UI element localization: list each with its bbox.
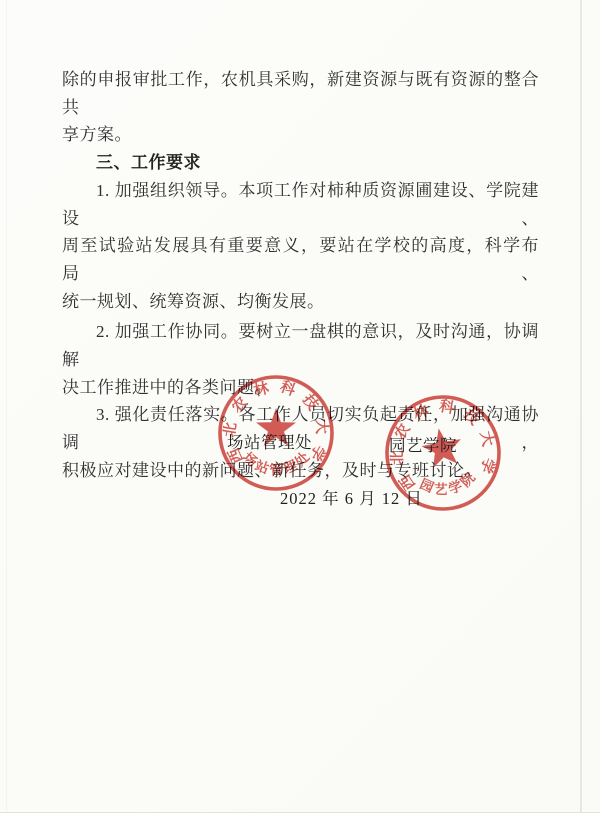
signature-department-1: 场站管理处	[227, 429, 312, 453]
paragraph-1-line-3: 统一规划、统筹资源、均衡发展。	[62, 288, 539, 316]
paragraph-1-line-2: 周至试验站发展具有重要意义，要站在学校的高度，科学布局、	[62, 232, 539, 287]
paragraph-2-line-1: 2. 加强工作协同。要树立一盘棋的意识，及时沟通，协调解	[62, 318, 539, 373]
signature-department-2: 园艺学院	[389, 432, 457, 456]
seal-bottom-text: 园艺学院	[415, 465, 482, 502]
scan-edge-left	[6, 0, 7, 818]
scan-bottom-strip	[0, 813, 600, 825]
paragraph-1-line-1: 1. 加强组织领导。本项工作对柿种质资源圃建设、学院建设、	[62, 177, 539, 232]
section-heading: 三、工作要求	[62, 149, 539, 177]
intro-line-2: 享方案。	[62, 121, 539, 149]
signature-date: 2022 年 6 月 12 日	[280, 485, 423, 509]
scan-edge-right	[580, 0, 582, 813]
intro-line-1: 除的申报审批工作，农机具采购，新建资源与既有资源的整合共	[62, 66, 539, 121]
svg-text:园艺学院: 园艺学院	[415, 465, 482, 502]
document-page: 除的申报审批工作，农机具采购，新建资源与既有资源的整合共 享方案。 三、工作要求…	[0, 0, 600, 825]
